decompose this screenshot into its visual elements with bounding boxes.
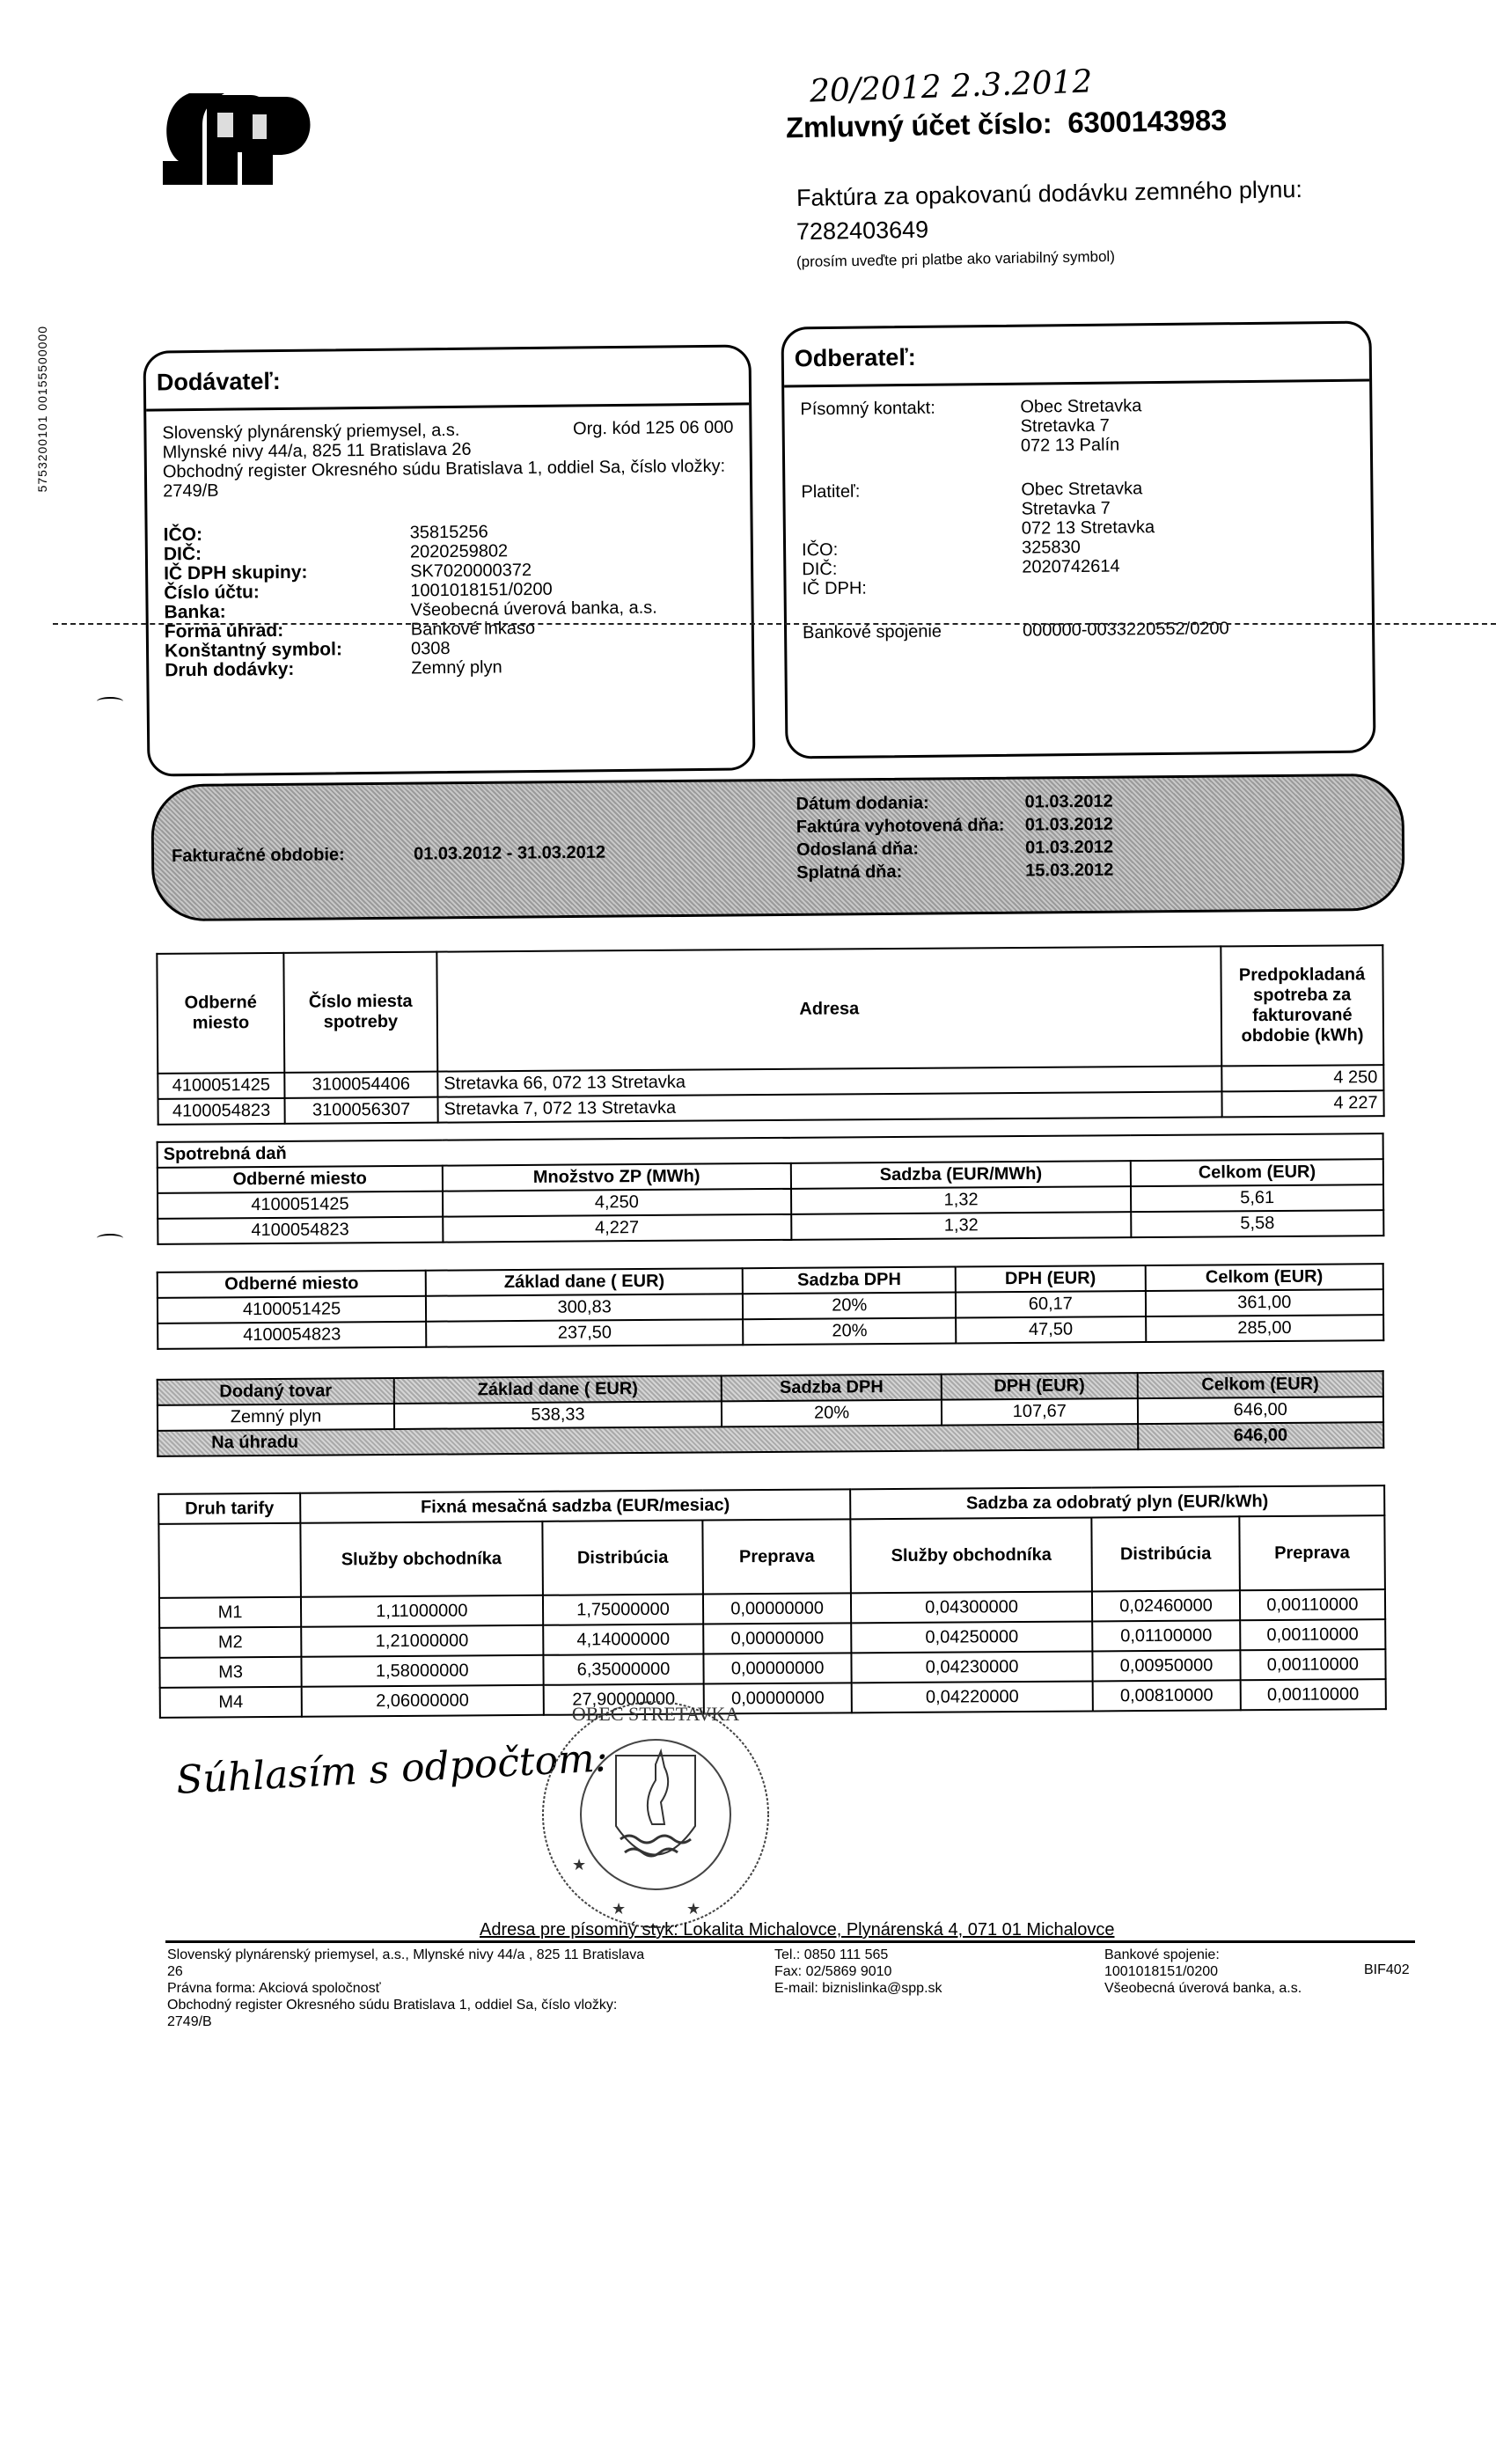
- table-cell: 2,06000000: [302, 1685, 544, 1717]
- table-header: Odberné miesto: [157, 953, 284, 1074]
- table-cell: 4,227: [443, 1214, 791, 1243]
- table-header: Sadzba za odobratý plyn (EUR/kWh): [850, 1485, 1384, 1519]
- due-value: 646,00: [1138, 1422, 1384, 1449]
- table-header: Základ dane ( EUR): [426, 1268, 743, 1296]
- table-cell: 3100056307: [284, 1097, 437, 1124]
- scan-fold-line: [53, 623, 1496, 625]
- table-cell: 6,35000000: [543, 1654, 704, 1685]
- table-cell: 1,32: [791, 1212, 1131, 1240]
- ico-label: IČO:: [802, 539, 1022, 561]
- footer-company: Slovenský plynárenský priemysel, a.s., M…: [167, 1947, 660, 2030]
- svg-text:★: ★: [686, 1900, 700, 1918]
- table-cell: M4: [160, 1687, 302, 1718]
- table-cell: 20%: [743, 1293, 956, 1320]
- table-header: Distribúcia: [542, 1521, 704, 1595]
- contract-account: Zmluvný účet číslo:6300143983: [786, 104, 1227, 145]
- table-header: Distribúcia: [1092, 1516, 1240, 1591]
- table-cell: 4 227: [1221, 1090, 1383, 1117]
- table-cell: 4100054823: [158, 1098, 284, 1125]
- supplier-field-label: Konštantný symbol:: [165, 639, 411, 661]
- table-cell: 107,67: [942, 1398, 1138, 1426]
- supplier-fields: IČO:35815256DIČ:2020259802IČ DPH skupiny…: [164, 520, 737, 681]
- payer: Obec Stretavka Stretavka 7 072 13 Streta…: [1021, 477, 1355, 539]
- footer-email: E-mail: biznislinka@spp.sk: [774, 1980, 942, 1997]
- customer-box: Odberateľ: Písomný kontakt: Obec Stretav…: [781, 321, 1375, 759]
- invoice-number: 7282403649: [796, 216, 929, 246]
- table-header: Predpokladaná spotreba za fakturované ob…: [1221, 945, 1383, 1066]
- table-cell: 646,00: [1137, 1397, 1383, 1424]
- payer-label: Platiteľ:: [801, 480, 1022, 541]
- footer-bank: Bankové spojenie: 1001018151/0200 Všeobe…: [1104, 1947, 1302, 1997]
- billing-period-label: Fakturačné obdobie:: [172, 845, 345, 867]
- svg-text:★: ★: [572, 1856, 586, 1874]
- table-cell: 4,14000000: [543, 1624, 704, 1655]
- table-cell: 0,00000000: [703, 1593, 851, 1624]
- supplier-register: Obchodný register Okresného súdu Bratisl…: [163, 457, 734, 502]
- table-cell: 4 250: [1221, 1065, 1383, 1091]
- supplier-field-label: Číslo účtu:: [164, 581, 410, 603]
- table-header: Preprava: [703, 1519, 851, 1594]
- billing-date-label: Splatná dňa:: [796, 862, 1025, 884]
- table-header: Dodaný tovar: [158, 1378, 394, 1405]
- table-cell: 1,75000000: [542, 1595, 703, 1625]
- table-cell: 4100054823: [158, 1322, 426, 1349]
- total-table: Dodaný tovarZáklad dane ( EUR)Sadzba DPH…: [157, 1370, 1385, 1457]
- billing-band: Fakturačné obdobie: 01.03.2012 - 31.03.2…: [150, 774, 1404, 921]
- form-code: BIF402: [1364, 1962, 1410, 1978]
- footer-fax: Fax: 02/5869 9010: [774, 1963, 942, 1980]
- table-cell: 0,00110000: [1240, 1679, 1386, 1710]
- table-header: Služby obchodníka: [300, 1522, 542, 1597]
- table-cell: 538,33: [394, 1401, 722, 1429]
- table-cell: 0,00810000: [1093, 1680, 1241, 1711]
- tariff-table: Druh tarifyFixná mesačná sadzba (EUR/mes…: [158, 1485, 1387, 1719]
- table-cell: 20%: [743, 1318, 956, 1346]
- written-contact: Obec Stretavka Stretavka 7 072 13 Palín: [1020, 394, 1354, 456]
- footer-divider: [165, 1940, 1415, 1943]
- table-cell: M2: [159, 1627, 301, 1658]
- table-cell: 0,04250000: [851, 1621, 1093, 1653]
- footer-bank-name: Všeobecná úverová banka, a.s.: [1104, 1980, 1302, 1997]
- supplier-field-label: Banka:: [164, 600, 410, 622]
- table-cell: 4100051425: [158, 1296, 426, 1324]
- table-cell: 361,00: [1145, 1289, 1383, 1316]
- table-cell: 47,50: [956, 1316, 1146, 1344]
- supplier-field-value: Zemný plyn: [411, 656, 736, 678]
- supplier-box: Dodávateľ: Slovenský plynárenský priemys…: [143, 344, 755, 776]
- table-cell: 4100054823: [158, 1217, 443, 1244]
- municipality-stamp-icon: OBEC STRETAVKA ★ ★ ★: [537, 1694, 774, 1936]
- table-header: Celkom (EUR): [1145, 1264, 1383, 1291]
- table-header: Odberné miesto: [158, 1271, 426, 1298]
- table-cell: 3100054406: [284, 1072, 437, 1098]
- table-cell: 4100051425: [158, 1073, 284, 1099]
- table-cell: 0,04300000: [851, 1591, 1093, 1623]
- table-cell: 20%: [722, 1400, 942, 1427]
- margin-barcode-text: 5753200101 00155500000: [35, 326, 49, 492]
- table-header: Adresa: [436, 946, 1221, 1071]
- table-header: Základ dane ( EUR): [394, 1375, 722, 1404]
- table-cell: 0,02460000: [1092, 1590, 1240, 1621]
- handwritten-note: 20/2012 2.3.2012: [809, 63, 1093, 109]
- billing-date-value: 01.03.2012: [1025, 814, 1148, 835]
- billing-date-value: 01.03.2012: [1024, 791, 1148, 812]
- table-cell: 0,00110000: [1240, 1589, 1386, 1620]
- table-header: Druh tarify: [158, 1493, 300, 1524]
- table-cell: 5,61: [1131, 1184, 1383, 1212]
- written-contact-label: Písomný kontakt:: [800, 398, 1021, 458]
- dic-label: DIČ:: [802, 558, 1022, 580]
- spp-logo: [154, 86, 330, 187]
- table-header: Celkom (EUR): [1137, 1371, 1383, 1398]
- billing-date-label: Dátum dodania:: [796, 793, 1024, 815]
- table-header-row: Odberné miestoČíslo miesta spotrebyAdres…: [157, 945, 1383, 1074]
- table-cell: 0,04220000: [851, 1681, 1093, 1712]
- supplier-field-label: DIČ:: [164, 542, 410, 564]
- footer-bank-label: Bankové spojenie:: [1104, 1947, 1302, 1963]
- punch-mark: [97, 697, 123, 706]
- table-header: DPH (EUR): [942, 1373, 1138, 1400]
- table-cell: 300,83: [426, 1294, 743, 1322]
- billing-dates: Dátum dodania:01.03.2012Faktúra vyhotove…: [796, 791, 1148, 883]
- table-cell: 0,00110000: [1240, 1619, 1386, 1650]
- footer-contact: Tel.: 0850 111 565 Fax: 02/5869 9010 E-m…: [774, 1947, 942, 1997]
- table-cell: 0,00000000: [704, 1623, 852, 1654]
- billing-date-label: Odoslaná dňa:: [796, 839, 1025, 861]
- supplier-field-label: IČ DPH skupiny:: [164, 561, 410, 583]
- invoice-hint: (prosím uveďte pri platbe ako variabilný…: [796, 248, 1115, 271]
- correspondence-address: Adresa pre písomný styk: Lokalita Michal…: [480, 1920, 1114, 1940]
- table-header-row: Služby obchodníkaDistribúciaPrepravaSluž…: [158, 1515, 1385, 1598]
- table-cell: M3: [159, 1657, 301, 1688]
- footer-register: Obchodný register Okresného súdu Bratisl…: [167, 1997, 660, 2030]
- table-cell: 4100051425: [158, 1192, 443, 1219]
- supplier-field-label: Druh dodávky:: [165, 658, 411, 680]
- footer-tel: Tel.: 0850 111 565: [774, 1947, 942, 1963]
- table-cell: 0,00110000: [1240, 1649, 1386, 1680]
- customer-title: Odberateľ:: [783, 324, 1369, 388]
- contact-line: 072 13 Palín: [1021, 433, 1354, 456]
- billing-period: 01.03.2012 - 31.03.2012: [414, 843, 605, 865]
- footer-legal-form: Právna forma: Akciová spoločnosť: [167, 1980, 660, 1997]
- billing-date-value: 15.03.2012: [1025, 860, 1148, 881]
- table-header: Sadzba DPH: [722, 1375, 942, 1402]
- table-cell: M1: [159, 1597, 301, 1628]
- table-header: Celkom (EUR): [1131, 1159, 1383, 1186]
- table-header: Odberné miesto: [158, 1166, 443, 1193]
- table-header: Číslo miesta spotreby: [283, 952, 437, 1073]
- table-cell: 0,01100000: [1092, 1620, 1240, 1651]
- table-cell: 0,00950000: [1093, 1650, 1241, 1681]
- table-cell: 285,00: [1146, 1315, 1384, 1342]
- footer-bank-account: 1001018151/0200: [1104, 1963, 1302, 1980]
- supplier-title: Dodávateľ:: [146, 347, 750, 411]
- svg-text:★: ★: [612, 1900, 626, 1918]
- bank-value: 000000-0033220552/0200: [1023, 618, 1356, 641]
- table-header: DPH (EUR): [956, 1265, 1146, 1293]
- consumption-table: Odberné miestoČíslo miesta spotrebyAdres…: [156, 944, 1384, 1126]
- table-cell: Stretavka 7, 072 13 Stretavka: [437, 1091, 1221, 1122]
- table-cell: 60,17: [956, 1291, 1146, 1318]
- table-cell: 4,250: [443, 1189, 791, 1217]
- svg-text:OBEC STRETAVKA: OBEC STRETAVKA: [572, 1703, 739, 1725]
- table-cell: 237,50: [426, 1319, 743, 1347]
- contract-number: 6300143983: [1067, 104, 1227, 139]
- punch-mark: [97, 1234, 123, 1243]
- footer-company-name: Slovenský plynárenský priemysel, a.s., M…: [167, 1947, 660, 1980]
- vat-table: Odberné miestoZáklad dane ( EUR)Sadzba D…: [157, 1263, 1385, 1350]
- table-header: Sadzba DPH: [743, 1267, 956, 1294]
- table-cell: 1,32: [791, 1186, 1131, 1214]
- icdph-label: IČ DPH:: [802, 577, 1022, 599]
- table-cell: 1,11000000: [301, 1595, 543, 1627]
- table-cell: Zemný plyn: [158, 1404, 394, 1431]
- billing-date-label: Faktúra vyhotovená dňa:: [796, 816, 1025, 838]
- table-header: Služby obchodníka: [850, 1517, 1092, 1593]
- table-header: Sadzba (EUR/MWh): [791, 1161, 1131, 1189]
- supplier-org-code: Org. kód 125 06 000: [573, 418, 734, 439]
- supplier-field-label: IČO:: [164, 523, 410, 545]
- table-header: Množstvo ZP (MWh): [442, 1163, 790, 1192]
- excise-tax-table: Spotrebná daňOdberné miestoMnožstvo ZP (…: [157, 1133, 1385, 1245]
- icdph-value: [1022, 574, 1355, 597]
- table-header: [158, 1523, 301, 1598]
- table-header: Preprava: [1239, 1515, 1385, 1590]
- table-cell: 1,21000000: [301, 1625, 543, 1657]
- table-cell: 0,04230000: [851, 1651, 1093, 1683]
- table-cell: 0,00000000: [704, 1653, 852, 1683]
- invoice-title: Faktúra za opakovanú dodávku zemného ply…: [796, 176, 1302, 212]
- billing-date-value: 01.03.2012: [1025, 837, 1148, 858]
- table-header: Fixná mesačná sadzba (EUR/mesiac): [300, 1489, 850, 1522]
- table-cell: 5,58: [1131, 1210, 1383, 1237]
- table-cell: 1,58000000: [301, 1655, 543, 1687]
- contract-label: Zmluvný účet číslo:: [786, 106, 1052, 143]
